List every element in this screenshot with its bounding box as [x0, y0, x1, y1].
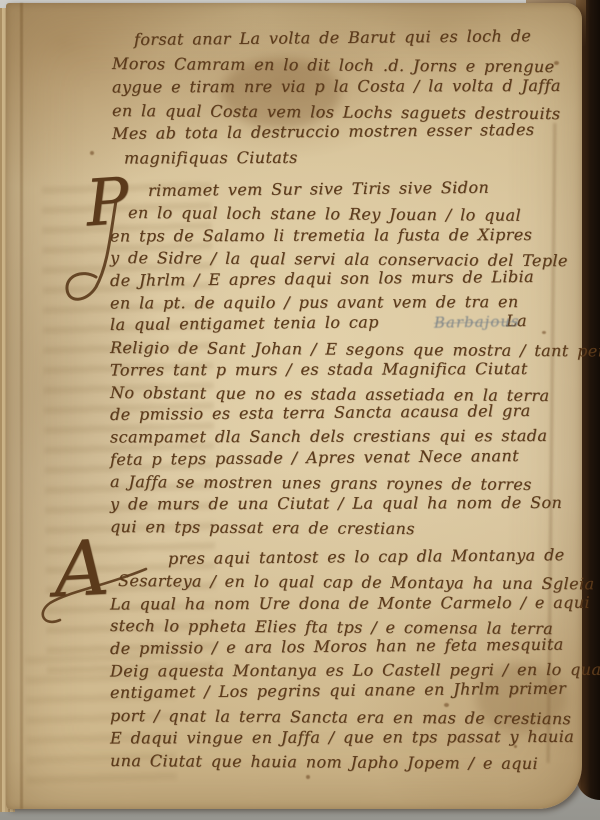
gutter-crease [20, 3, 23, 809]
manuscript-line: feta p teps passade / Apres venat Nece a… [110, 444, 590, 471]
manuscript-line: qui en tps passat era de crestians [110, 516, 590, 542]
manuscript-line: pres aqui tantost es lo cap dla Montanya… [168, 544, 590, 570]
manuscript-line: E daqui vingue en Jaffa / que en tps pas… [110, 726, 590, 750]
paragraph-3: pres aqui tantost es lo cap dla Montanya… [110, 548, 590, 772]
manuscript-line: Torres tant p murs / es stada Magnifica … [110, 358, 590, 382]
manuscript-line: una Ciutat que hauia nom Japho Jopem / e… [110, 750, 590, 776]
manuscript-line: de pmissio / e ara los Moros han ne feta… [110, 633, 590, 660]
manuscript-line: de pmissio es esta terra Sancta acausa d… [110, 399, 590, 426]
pencil-annotation: Barbajous [434, 312, 520, 331]
ink-speck [90, 151, 94, 155]
manuscript-line: rimamet vem Sur sive Tiris sive Sidon [148, 176, 590, 203]
paragraph-1: forsat anar La volta de Barut qui es loc… [112, 28, 582, 169]
paragraph-2: rimamet vem Sur sive Tiris sive Sidonen … [110, 180, 590, 538]
manuscript-line: magnifiquas Ciutats [124, 144, 582, 169]
manuscript-line: y de murs de una Ciutat / La qual ha nom… [110, 492, 590, 516]
manuscript-line: aygue e tiram nre via p la Costa / la vo… [112, 74, 582, 99]
manuscript-line: forsat anar La volta de Barut qui es loc… [134, 24, 582, 52]
manuscript-line: La qual ha nom Ure dona de Monte Carmelo… [110, 592, 590, 616]
manuscript-line: de Jhrlm / E apres daqui son los murs de… [110, 265, 590, 292]
photo-background: forsat anar La volta de Barut qui es loc… [0, 0, 600, 820]
manuscript-page: forsat anar La volta de Barut qui es loc… [6, 3, 582, 809]
manuscript-line: entigamet / Los pegrins qui anane en Jhr… [110, 678, 590, 705]
ink-speck [306, 775, 310, 779]
manuscript-line: Mes ab tota la destruccio mostren esser … [112, 117, 582, 145]
manuscript-line: en tps de Salamo li tremetia la fusta de… [110, 224, 590, 248]
